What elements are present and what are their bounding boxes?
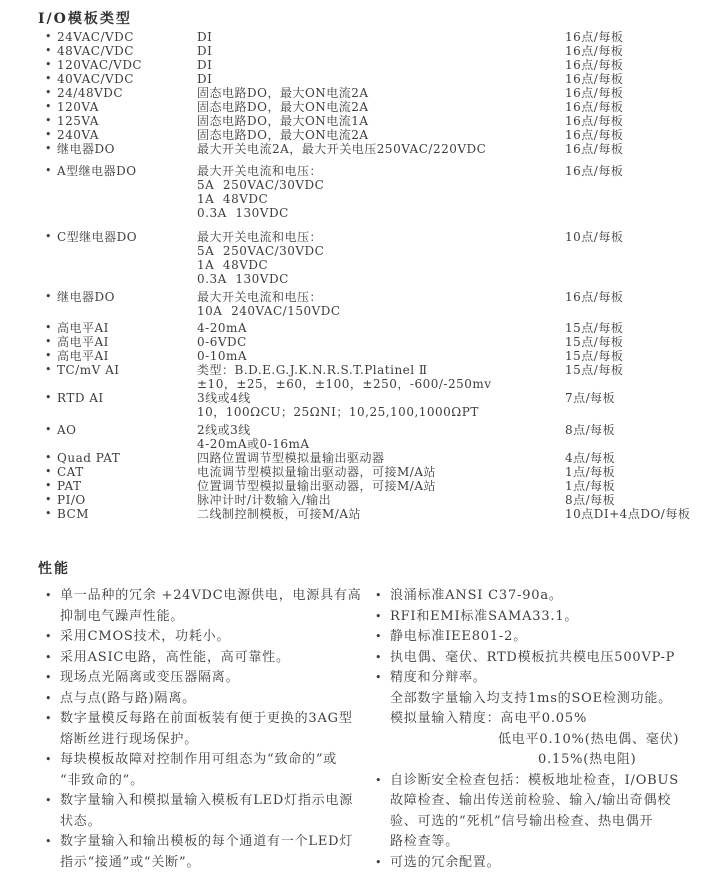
- module-desc-cell: 2线或3线4-20mA或0-16mA: [197, 423, 565, 451]
- module-desc-cell: 0-6VDC: [197, 335, 565, 349]
- table-row: •24VAC/VDCDI16点/每板: [45, 30, 713, 44]
- bullet-icon: •: [45, 72, 57, 86]
- module-points-cell: 15点/每板: [565, 335, 713, 349]
- module-name-cell: •高电平AI: [45, 349, 197, 363]
- module-desc-cell: 0-10mA: [197, 349, 565, 363]
- module-name-cell: •高电平AI: [45, 321, 197, 335]
- bullet-icon: •: [45, 44, 57, 58]
- module-points-cell: 16点/每板: [565, 44, 713, 58]
- module-desc-cell: 固态电路DO，最大ON电流1A: [197, 114, 565, 128]
- module-desc-line: 脉冲计时/计数输入/输出: [197, 493, 565, 507]
- perf-text-line: •执电偶、毫伏、RTD模板抗共模电压500VP-P: [375, 648, 713, 669]
- module-desc-cell: 四路位置调节型模拟量输出驱动器: [197, 451, 565, 465]
- table-row: •24/48VDC固态电路DO，最大ON电流2A16点/每板: [45, 86, 713, 100]
- module-desc-cell: 二线制控制模板，可接M/A站: [197, 507, 565, 521]
- list-item: •单一品种的冗余 +24VDC电源供电，电源具有高抑制电气躁声性能。: [45, 586, 375, 627]
- module-desc-line: 0.3A 130VDC: [197, 206, 565, 220]
- list-item: •采用ASIC电路，高性能，高可靠性。: [45, 648, 375, 669]
- perf-left-column: •单一品种的冗余 +24VDC电源供电，电源具有高抑制电气躁声性能。•采用CMO…: [45, 586, 375, 873]
- module-name-cell: •125VA: [45, 114, 197, 128]
- module-desc-line: 1A 48VDC: [197, 258, 565, 272]
- bullet-icon: •: [45, 30, 57, 44]
- module-name: 继电器DO: [57, 142, 115, 156]
- perf-text: 验、可选的“死机”信号输出检查、热电偶开: [390, 812, 653, 833]
- bullet-icon: •: [375, 853, 390, 874]
- module-points-cell: 16点/每板: [565, 114, 713, 128]
- module-desc-line: 0-10mA: [197, 349, 565, 363]
- module-name: Quad PAT: [57, 451, 120, 465]
- module-name-cell: •120VA: [45, 100, 197, 114]
- module-points-cell: 10点DI+4点DO/每板: [565, 507, 713, 521]
- perf-text-line: •数字量模反每路在前面板装有便于更换的3AG型: [45, 709, 375, 730]
- module-name: 继电器DO: [57, 290, 115, 304]
- module-desc-line: DI: [197, 72, 565, 86]
- module-desc-line: 0.3A 130VDC: [197, 272, 565, 286]
- table-row: •A型继电器DO最大开关电流和电压：5A 250VAC/30VDC1A 48VD…: [45, 164, 713, 220]
- perf-text: 数字量输入和输出模板的每个通道有一个LED灯: [60, 832, 353, 853]
- module-desc-line: 0-6VDC: [197, 335, 565, 349]
- module-name: 高电平AI: [57, 335, 109, 349]
- bullet-icon: •: [375, 648, 390, 669]
- module-desc-cell: 4-20mA: [197, 321, 565, 335]
- module-desc-line: 固态电路DO，最大ON电流2A: [197, 86, 565, 100]
- perf-text: 低电平0.10%(热电偶、毫伏): [390, 730, 679, 751]
- module-name: RTD AI: [57, 391, 104, 405]
- perf-text-line: •现场点光隔离或变压器隔离。: [45, 668, 375, 689]
- bullet-icon: •: [45, 363, 57, 377]
- perf-text: 浪涌标准ANSI C37-90a。: [390, 586, 563, 607]
- perf-text-line: •自诊断安全检查包括：模板地址检查，I/OBUS: [375, 771, 713, 792]
- table-row: •48VAC/VDCDI16点/每板: [45, 44, 713, 58]
- list-item: •静电标准IEE801-2。: [375, 627, 713, 648]
- perf-text: 数字量模反每路在前面板装有便于更换的3AG型: [60, 709, 353, 730]
- bullet-icon: •: [45, 128, 57, 142]
- list-item: •现场点光隔离或变压器隔离。: [45, 668, 375, 689]
- bullet-icon: •: [45, 668, 60, 689]
- perf-text: 路检查等。: [390, 832, 459, 853]
- module-desc-line: 5A 250VAC/30VDC: [197, 244, 565, 258]
- perf-text: 可选的冗余配置。: [390, 853, 500, 874]
- perf-text-line: 抑制电气躁声性能。: [45, 607, 375, 628]
- module-desc-cell: 类型：B.D.E.G.J.K.N.R.S.T.Platinel Ⅱ±10，±25…: [197, 363, 565, 391]
- table-row: •240VA固态电路DO，最大ON电流2A16点/每板: [45, 128, 713, 142]
- bullet-icon: •: [45, 479, 57, 493]
- bullet-icon: •: [45, 832, 60, 853]
- bullet-icon: •: [375, 668, 390, 689]
- module-desc-line: 最大开关电流2A，最大开关电压250VAC/220VDC: [197, 142, 565, 156]
- module-name: 120VA: [57, 100, 99, 114]
- module-name-cell: •AO: [45, 423, 197, 437]
- module-name-cell: •TC/mV AI: [45, 363, 197, 377]
- module-name: PAT: [57, 479, 82, 493]
- bullet-icon: •: [45, 100, 57, 114]
- module-desc-cell: 固态电路DO，最大ON电流2A: [197, 86, 565, 100]
- module-desc-cell: 脉冲计时/计数输入/输出: [197, 493, 565, 507]
- perf-text: 全部数字量输入均支持1ms的SOE检测功能。: [390, 689, 672, 710]
- module-desc-line: 四路位置调节型模拟量输出驱动器: [197, 451, 565, 465]
- table-row: •AO2线或3线4-20mA或0-16mA8点/每板: [45, 423, 713, 451]
- table-row: •继电器DO最大开关电流和电压：10A 240VAC/150VDC16点/每板: [45, 290, 713, 318]
- perf-text-line: •精度和分辩率。: [375, 668, 713, 689]
- perf-text: 抑制电气躁声性能。: [60, 607, 184, 628]
- module-desc-cell: DI: [197, 30, 565, 44]
- table-row: •C型继电器DO最大开关电流和电压：5A 250VAC/30VDC1A 48VD…: [45, 230, 713, 286]
- module-points-cell: 16点/每板: [565, 30, 713, 44]
- module-desc-cell: 最大开关电流和电压：5A 250VAC/30VDC1A 48VDC0.3A 13…: [197, 230, 565, 286]
- module-desc-line: DI: [197, 44, 565, 58]
- table-row: •高电平AI0-6VDC15点/每板: [45, 335, 713, 349]
- module-name: C型继电器DO: [57, 230, 137, 244]
- bullet-icon: •: [45, 451, 57, 465]
- perf-text-line: 低电平0.10%(热电偶、毫伏): [375, 730, 713, 751]
- module-name: 120VAC/VDC: [57, 58, 142, 72]
- module-points-cell: 15点/每板: [565, 321, 713, 335]
- module-name: 40VAC/VDC: [57, 72, 134, 86]
- module-desc-cell: 最大开关电流和电压：5A 250VAC/30VDC1A 48VDC0.3A 13…: [197, 164, 565, 220]
- module-name-cell: •48VAC/VDC: [45, 44, 197, 58]
- module-desc-cell: 固态电路DO，最大ON电流2A: [197, 100, 565, 114]
- bullet-icon: •: [45, 349, 57, 363]
- module-name: PI/O: [57, 493, 86, 507]
- bullet-icon: •: [45, 648, 60, 669]
- perf-text: “非致命的”。: [60, 771, 144, 792]
- module-desc-line: 位置调节型模拟量输出驱动器，可接M/A站: [197, 479, 565, 493]
- perf-text-line: •可选的冗余配置。: [375, 853, 713, 874]
- module-points-cell: 8点/每板: [565, 423, 713, 437]
- perf-text: 现场点光隔离或变压器隔离。: [60, 668, 239, 689]
- module-name-cell: •继电器DO: [45, 142, 197, 156]
- module-desc-line: 4-20mA: [197, 321, 565, 335]
- table-row: •BCM二线制控制模板，可接M/A站10点DI+4点DO/每板: [45, 507, 713, 521]
- perf-text: 执电偶、毫伏、RTD模板抗共模电压500VP-P: [390, 648, 675, 669]
- module-desc-line: 最大开关电流和电压：: [197, 290, 565, 304]
- perf-text-line: 验、可选的“死机”信号输出检查、热电偶开: [375, 812, 713, 833]
- list-item: •RFI和EMI标准SAMA33.1。: [375, 607, 713, 628]
- module-desc-line: 电流调节型模拟量输出驱动器，可接M/A站: [197, 465, 565, 479]
- bullet-icon: •: [45, 465, 57, 479]
- perf-text: 自诊断安全检查包括：模板地址检查，I/OBUS: [390, 771, 679, 792]
- bullet-icon: •: [45, 230, 57, 244]
- perf-text: 采用CMOS技术，功耗小。: [60, 627, 230, 648]
- module-name-cell: •Quad PAT: [45, 451, 197, 465]
- module-points-cell: 1点/每板: [565, 465, 713, 479]
- module-points-cell: 16点/每板: [565, 128, 713, 142]
- module-points-cell: 4点/每板: [565, 451, 713, 465]
- module-desc-line: 4-20mA或0-16mA: [197, 437, 565, 451]
- perf-text-line: 熔断丝进行现场保护。: [45, 730, 375, 751]
- module-desc-cell: 电流调节型模拟量输出驱动器，可接M/A站: [197, 465, 565, 479]
- bullet-icon: •: [375, 627, 390, 648]
- module-name: 48VAC/VDC: [57, 44, 134, 58]
- bullet-icon: •: [45, 290, 57, 304]
- perf-text: 单一品种的冗余 +24VDC电源供电，电源具有高: [60, 586, 362, 607]
- bullet-icon: •: [45, 321, 57, 335]
- table-row: •高电平AI0-10mA15点/每板: [45, 349, 713, 363]
- module-points-cell: 8点/每板: [565, 493, 713, 507]
- perf-text-line: 0.15%(热电阻): [375, 750, 713, 771]
- perf-text-line: 全部数字量输入均支持1ms的SOE检测功能。: [375, 689, 713, 710]
- module-name-cell: •RTD AI: [45, 391, 197, 405]
- module-points-cell: 15点/每板: [565, 363, 713, 377]
- perf-section-title: 性能: [38, 558, 70, 578]
- module-desc-cell: 3线或4线10，100ΩCU；25ΩNI；10,25,100,1000ΩPT: [197, 391, 565, 419]
- module-desc-line: 固态电路DO，最大ON电流1A: [197, 114, 565, 128]
- module-name: TC/mV AI: [57, 363, 120, 377]
- module-desc-cell: DI: [197, 72, 565, 86]
- module-name-cell: •24VAC/VDC: [45, 30, 197, 44]
- perf-text-line: “非致命的”。: [45, 771, 375, 792]
- module-desc-cell: 位置调节型模拟量输出驱动器，可接M/A站: [197, 479, 565, 493]
- bullet-icon: •: [45, 791, 60, 812]
- module-name-cell: •24/48VDC: [45, 86, 197, 100]
- module-name-cell: •PI/O: [45, 493, 197, 507]
- module-desc-line: 1A 48VDC: [197, 192, 565, 206]
- module-points-cell: 15点/每板: [565, 349, 713, 363]
- perf-text: 0.15%(热电阻): [390, 750, 636, 771]
- perf-text-line: •数字量输入和模拟量输入模板有LED灯指示电源: [45, 791, 375, 812]
- module-name-cell: •A型继电器DO: [45, 164, 197, 178]
- module-points-cell: 16点/每板: [565, 164, 713, 178]
- table-row: •120VAC/VDCDI16点/每板: [45, 58, 713, 72]
- module-points-cell: 16点/每板: [565, 58, 713, 72]
- perf-text-line: 路检查等。: [375, 832, 713, 853]
- perf-text-line: •静电标准IEE801-2。: [375, 627, 713, 648]
- table-row: •RTD AI3线或4线10，100ΩCU；25ΩNI；10,25,100,10…: [45, 391, 713, 419]
- module-name: 24/48VDC: [57, 86, 123, 100]
- module-desc-line: ±10，±25，±60，±100，±250，-600/-250mv: [197, 377, 565, 391]
- module-desc-cell: 固态电路DO，最大ON电流2A: [197, 128, 565, 142]
- bullet-icon: •: [45, 627, 60, 648]
- module-desc-line: 固态电路DO，最大ON电流2A: [197, 128, 565, 142]
- perf-text-line: •点与点(路与路)隔离。: [45, 689, 375, 710]
- module-desc-cell: DI: [197, 58, 565, 72]
- module-desc-cell: 最大开关电流和电压：10A 240VAC/150VDC: [197, 290, 565, 318]
- bullet-icon: •: [45, 507, 57, 521]
- module-name: 240VA: [57, 128, 99, 142]
- bullet-icon: •: [45, 164, 57, 178]
- bullet-icon: •: [45, 493, 57, 507]
- perf-text-line: •单一品种的冗余 +24VDC电源供电，电源具有高: [45, 586, 375, 607]
- module-points-cell: 16点/每板: [565, 142, 713, 156]
- table-row: •CAT电流调节型模拟量输出驱动器，可接M/A站1点/每板: [45, 465, 713, 479]
- perf-text: 采用ASIC电路，高性能，高可靠性。: [60, 648, 290, 669]
- perf-text: 熔断丝进行现场保护。: [60, 730, 198, 751]
- module-points-cell: 16点/每板: [565, 100, 713, 114]
- module-desc-line: 5A 250VAC/30VDC: [197, 178, 565, 192]
- perf-text-line: •数字量输入和输出模板的每个通道有一个LED灯: [45, 832, 375, 853]
- module-name: 高电平AI: [57, 321, 109, 335]
- module-points-cell: 10点/每板: [565, 230, 713, 244]
- list-item: •点与点(路与路)隔离。: [45, 689, 375, 710]
- list-item: •数字量模反每路在前面板装有便于更换的3AG型熔断丝进行现场保护。: [45, 709, 375, 750]
- io-section-title: I/O模板类型: [38, 8, 132, 28]
- module-name: 24VAC/VDC: [57, 30, 134, 44]
- table-row: •高电平AI4-20mA15点/每板: [45, 321, 713, 335]
- perf-text-line: •每块模板故障对控制作用可组态为“致命的”或: [45, 750, 375, 771]
- bullet-icon: •: [45, 586, 60, 607]
- module-name: CAT: [57, 465, 84, 479]
- bullet-icon: •: [45, 86, 57, 100]
- module-name-cell: •120VAC/VDC: [45, 58, 197, 72]
- module-name-cell: •高电平AI: [45, 335, 197, 349]
- module-name-cell: •继电器DO: [45, 290, 197, 304]
- perf-text-line: 故障检查、输出传送前检验、输入/输出奇偶校: [375, 791, 713, 812]
- bullet-icon: •: [45, 114, 57, 128]
- perf-text: 状态。: [60, 812, 101, 833]
- bullet-icon: •: [375, 586, 390, 607]
- module-name-cell: •CAT: [45, 465, 197, 479]
- bullet-icon: •: [45, 142, 57, 156]
- list-item: •精度和分辩率。全部数字量输入均支持1ms的SOE检测功能。模拟量输入精度：高电…: [375, 668, 713, 771]
- module-name: A型继电器DO: [57, 164, 137, 178]
- perf-text-line: 指示“接通”或“关断”。: [45, 853, 375, 874]
- table-row: •PAT位置调节型模拟量输出驱动器，可接M/A站1点/每板: [45, 479, 713, 493]
- perf-text: 静电标准IEE801-2。: [390, 627, 527, 648]
- module-name: BCM: [57, 507, 89, 521]
- bullet-icon: •: [45, 423, 57, 437]
- module-desc-line: 二线制控制模板，可接M/A站: [197, 507, 565, 521]
- module-name-cell: •BCM: [45, 507, 197, 521]
- list-item: •可选的冗余配置。: [375, 853, 713, 874]
- perf-text: 模拟量输入精度：高电平0.05%: [390, 709, 587, 730]
- bullet-icon: •: [375, 771, 390, 792]
- bullet-icon: •: [45, 58, 57, 72]
- perf-text-line: 状态。: [45, 812, 375, 833]
- module-name: 125VA: [57, 114, 99, 128]
- list-item: •自诊断安全检查包括：模板地址检查，I/OBUS故障检查、输出传送前检验、输入/…: [375, 771, 713, 853]
- document-page: I/O模板类型 •24VAC/VDCDI16点/每板•48VAC/VDCDI16…: [0, 0, 720, 875]
- module-name-cell: •C型继电器DO: [45, 230, 197, 244]
- perf-text-line: 模拟量输入精度：高电平0.05%: [375, 709, 713, 730]
- perf-text: 每块模板故障对控制作用可组态为“致命的”或: [60, 750, 337, 771]
- table-row: •120VA固态电路DO，最大ON电流2A16点/每板: [45, 100, 713, 114]
- perf-text-line: •浪涌标准ANSI C37-90a。: [375, 586, 713, 607]
- list-item: •浪涌标准ANSI C37-90a。: [375, 586, 713, 607]
- perf-text: 精度和分辩率。: [390, 668, 487, 689]
- bullet-icon: •: [45, 750, 60, 771]
- module-desc-line: 最大开关电流和电压：: [197, 164, 565, 178]
- table-row: •PI/O脉冲计时/计数输入/输出8点/每板: [45, 493, 713, 507]
- bullet-icon: •: [45, 335, 57, 349]
- bullet-icon: •: [45, 689, 60, 710]
- bullet-icon: •: [375, 607, 390, 628]
- module-desc-cell: DI: [197, 44, 565, 58]
- perf-text-line: •采用ASIC电路，高性能，高可靠性。: [45, 648, 375, 669]
- module-name: 高电平AI: [57, 349, 109, 363]
- perf-text-line: •采用CMOS技术，功耗小。: [45, 627, 375, 648]
- module-points-cell: 16点/每板: [565, 86, 713, 100]
- table-row: •125VA固态电路DO，最大ON电流1A16点/每板: [45, 114, 713, 128]
- perf-text: 数字量输入和模拟量输入模板有LED灯指示电源: [60, 791, 353, 812]
- module-name-cell: •240VA: [45, 128, 197, 142]
- list-item: •采用CMOS技术，功耗小。: [45, 627, 375, 648]
- list-item: •每块模板故障对控制作用可组态为“致命的”或“非致命的”。: [45, 750, 375, 791]
- perf-right-column: •浪涌标准ANSI C37-90a。•RFI和EMI标准SAMA33.1。•静电…: [375, 586, 713, 873]
- table-row: •40VAC/VDCDI16点/每板: [45, 72, 713, 86]
- module-desc-line: 最大开关电流和电压：: [197, 230, 565, 244]
- module-desc-cell: 最大开关电流2A，最大开关电压250VAC/220VDC: [197, 142, 565, 156]
- table-row: •TC/mV AI类型：B.D.E.G.J.K.N.R.S.T.Platinel…: [45, 363, 713, 391]
- list-item: •执电偶、毫伏、RTD模板抗共模电压500VP-P: [375, 648, 713, 669]
- table-row: •继电器DO最大开关电流2A，最大开关电压250VAC/220VDC16点/每板: [45, 142, 713, 156]
- table-row: •Quad PAT四路位置调节型模拟量输出驱动器4点/每板: [45, 451, 713, 465]
- module-points-cell: 1点/每板: [565, 479, 713, 493]
- perf-text-line: •RFI和EMI标准SAMA33.1。: [375, 607, 713, 628]
- module-points-cell: 16点/每板: [565, 72, 713, 86]
- module-desc-line: DI: [197, 58, 565, 72]
- module-desc-line: 10，100ΩCU；25ΩNI；10,25,100,1000ΩPT: [197, 405, 565, 419]
- perf-text: 点与点(路与路)隔离。: [60, 689, 196, 710]
- bullet-icon: •: [45, 391, 57, 405]
- module-desc-line: 10A 240VAC/150VDC: [197, 304, 565, 318]
- module-points-cell: 7点/每板: [565, 391, 713, 405]
- module-desc-line: 3线或4线: [197, 391, 565, 405]
- module-desc-line: DI: [197, 30, 565, 44]
- io-module-table: •24VAC/VDCDI16点/每板•48VAC/VDCDI16点/每板•120…: [45, 30, 713, 521]
- bullet-icon: •: [45, 709, 60, 730]
- module-name-cell: •40VAC/VDC: [45, 72, 197, 86]
- perf-text: RFI和EMI标准SAMA33.1。: [390, 607, 578, 628]
- module-name: AO: [57, 423, 77, 437]
- module-name-cell: •PAT: [45, 479, 197, 493]
- module-desc-line: 类型：B.D.E.G.J.K.N.R.S.T.Platinel Ⅱ: [197, 363, 565, 377]
- list-item: •数字量输入和模拟量输入模板有LED灯指示电源状态。: [45, 791, 375, 832]
- perf-text: 指示“接通”或“关断”。: [60, 853, 200, 874]
- perf-text: 故障检查、输出传送前检验、输入/输出奇偶校: [390, 791, 671, 812]
- performance-section: •单一品种的冗余 +24VDC电源供电，电源具有高抑制电气躁声性能。•采用CMO…: [45, 586, 713, 873]
- module-points-cell: 16点/每板: [565, 290, 713, 304]
- list-item: •数字量输入和输出模板的每个通道有一个LED灯指示“接通”或“关断”。: [45, 832, 375, 873]
- module-desc-line: 固态电路DO，最大ON电流2A: [197, 100, 565, 114]
- module-desc-line: 2线或3线: [197, 423, 565, 437]
